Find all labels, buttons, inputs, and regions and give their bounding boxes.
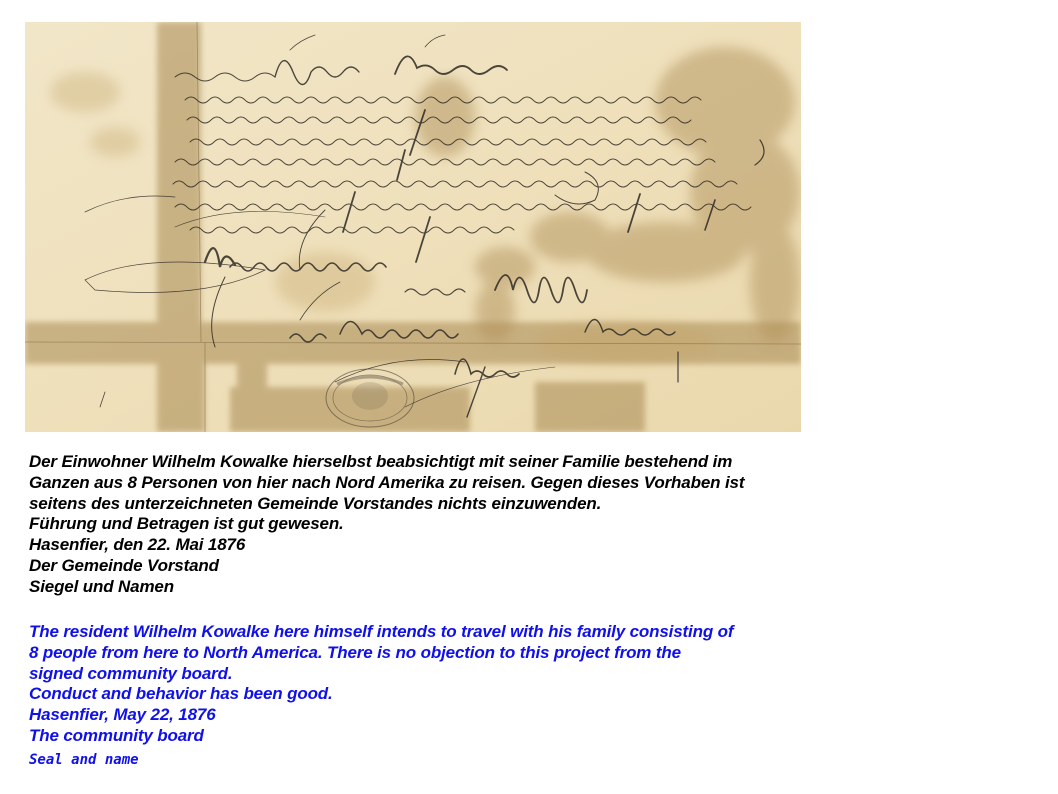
document-scan-graphic [25, 22, 801, 432]
translation-line: Conduct and behavior has been good. [29, 684, 849, 705]
translation-line-date: Hasenfier, May 22, 1876 [29, 705, 849, 726]
transcript-line: Der Einwohner Wilhelm Kowalke hierselbst… [29, 452, 849, 473]
translation-line: signed community board. [29, 664, 849, 685]
translation-line-seal: Seal and name [29, 750, 849, 771]
transcript-line: seitens des unterzeichneten Gemeinde Vor… [29, 494, 849, 515]
german-transcription: Der Einwohner Wilhelm Kowalke hierselbst… [29, 452, 849, 598]
document-scan-image [25, 22, 801, 432]
translation-line: 8 people from here to North America. The… [29, 643, 849, 664]
translation-line-signatory: The community board [29, 726, 849, 747]
english-translation: The resident Wilhelm Kowalke here himsel… [29, 622, 849, 771]
transcript-line: Führung und Betragen ist gut gewesen. [29, 514, 849, 535]
transcript-line-signatory: Der Gemeinde Vorstand [29, 556, 849, 577]
translation-line: The resident Wilhelm Kowalke here himsel… [29, 622, 849, 643]
transcript-line-seal: Siegel und Namen [29, 577, 849, 598]
transcript-line: Ganzen aus 8 Personen von hier nach Nord… [29, 473, 849, 494]
transcript-line-date: Hasenfier, den 22. Mai 1876 [29, 535, 849, 556]
